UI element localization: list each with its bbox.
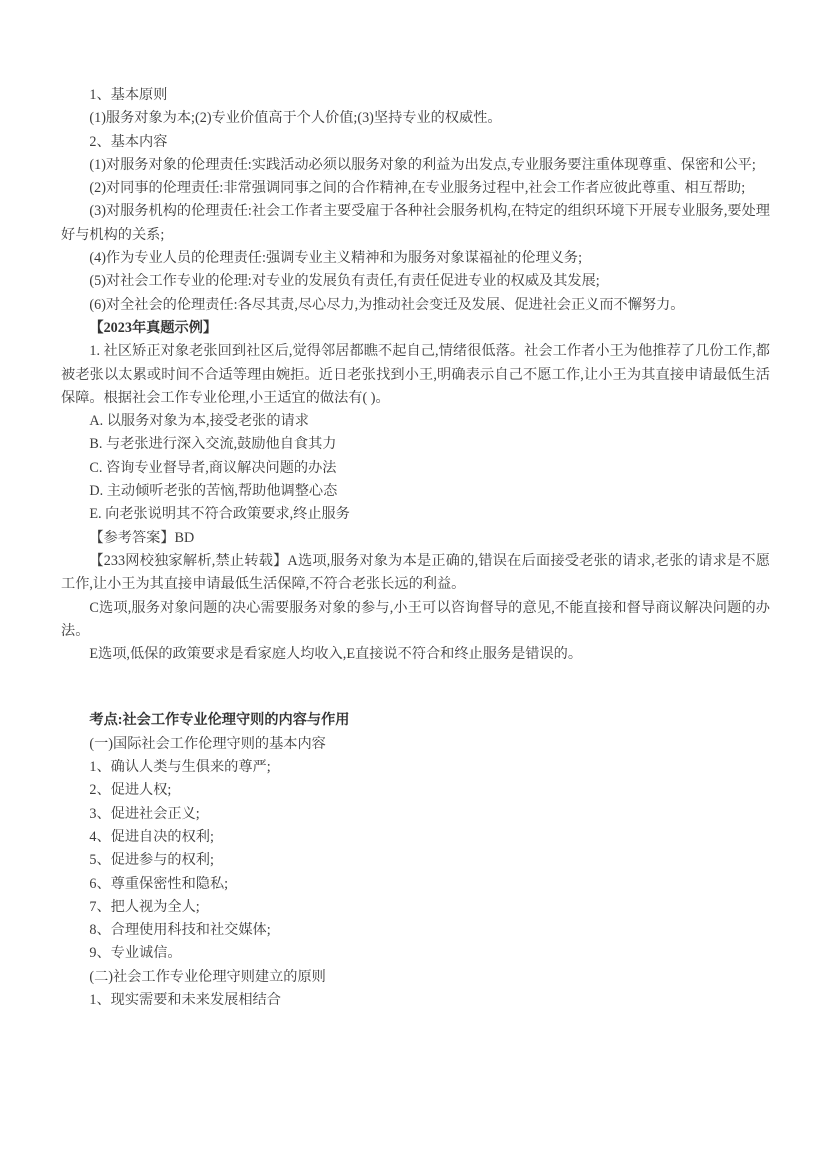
intl-code-item-1: 1、确认人类与生俱来的尊严;	[61, 756, 770, 779]
para-responsibility-society: (6)对全社会的伦理责任:各尽其责,尽心尽力,为推动社会变迁及发展、促进社会正义…	[61, 294, 770, 317]
intl-code-item-7: 7、把人视为全人;	[61, 896, 770, 919]
intl-code-item-6: 6、尊重保密性和隐私;	[61, 873, 770, 896]
section-1-title: (一)国际社会工作伦理守则的基本内容	[61, 733, 770, 756]
intl-code-item-3: 3、促进社会正义;	[61, 803, 770, 826]
reference-answer: 【参考答案】BD	[61, 527, 770, 550]
option-e: E. 向老张说明其不符合政策要求,终止服务	[61, 503, 770, 526]
intl-code-item-4: 4、促进自决的权利;	[61, 826, 770, 849]
para-responsibility-profession: (5)对社会工作专业的伦理:对专业的发展负有责任,有责任促进专业的权威及其发展;	[61, 270, 770, 293]
question-text: 1. 社区矫正对象老张回到社区后,觉得邻居都瞧不起自己,情绪很低落。社会工作者小…	[61, 340, 770, 410]
section-2-title: (二)社会工作专业伦理守则建立的原则	[61, 966, 770, 989]
analysis-option-c: C选项,服务对象问题的决心需要服务对象的参与,小王可以咨询督导的意见,不能直接和…	[61, 597, 770, 644]
analysis-option-a: 【233网校独家解析,禁止转载】A选项,服务对象为本是正确的,错误在后面接受老张…	[61, 550, 770, 597]
intl-code-item-9: 9、专业诚信。	[61, 942, 770, 965]
para-basic-principles-title: 1、基本原则	[61, 84, 770, 107]
option-b: B. 与老张进行深入交流,鼓励他自食其力	[61, 433, 770, 456]
option-c: C. 咨询专业督导者,商议解决问题的办法	[61, 457, 770, 480]
intl-code-item-2: 2、促进人权;	[61, 779, 770, 802]
analysis-option-e: E选项,低保的政策要求是看家庭人均收入,E直接说不符合和终止服务是错误的。	[61, 643, 770, 666]
intl-code-item-8: 8、合理使用科技和社交媒体;	[61, 919, 770, 942]
para-responsibility-clients: (1)对服务对象的伦理责任:实践活动必须以服务对象的利益为出发点,专业服务要注重…	[61, 154, 770, 177]
option-d: D. 主动倾听老张的苦恼,帮助他调整心态	[61, 480, 770, 503]
para-basic-principles-list: (1)服务对象为本;(2)专业价值高于个人价值;(3)坚持专业的权威性。	[61, 107, 770, 130]
principle-item-1: 1、现实需要和未来发展相结合	[61, 989, 770, 1012]
para-responsibility-professionals: (4)作为专业人员的伦理责任:强调专业主义精神和为服务对象谋福祉的伦理义务;	[61, 247, 770, 270]
heading-key-point: 考点:社会工作专业伦理守则的内容与作用	[61, 709, 770, 732]
para-basic-content-title: 2、基本内容	[61, 131, 770, 154]
heading-2023-exam-example: 【2023年真题示例】	[61, 317, 770, 340]
document-page: 1、基本原则 (1)服务对象为本;(2)专业价值高于个人价值;(3)坚持专业的权…	[0, 0, 830, 1175]
para-responsibility-agencies: (3)对服务机构的伦理责任:社会工作者主要受雇于各种社会服务机构,在特定的组织环…	[61, 200, 770, 247]
intl-code-item-5: 5、促进参与的权利;	[61, 849, 770, 872]
option-a: A. 以服务对象为本,接受老张的请求	[61, 410, 770, 433]
para-responsibility-colleagues: (2)对同事的伦理责任:非常强调同事之间的合作精神,在专业服务过程中,社会工作者…	[61, 177, 770, 200]
